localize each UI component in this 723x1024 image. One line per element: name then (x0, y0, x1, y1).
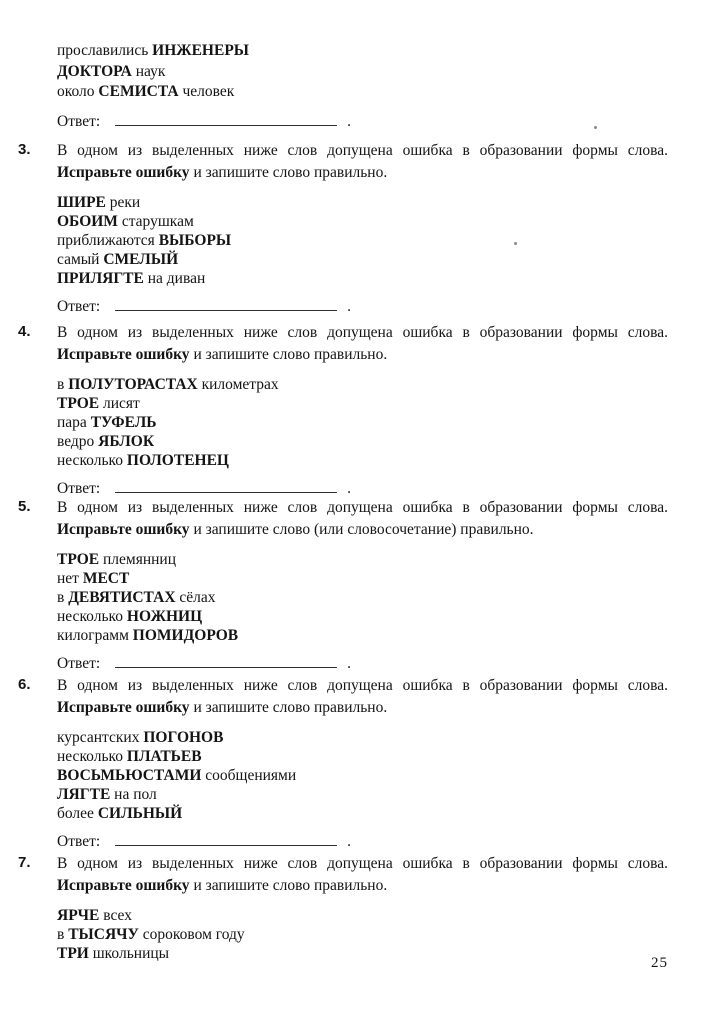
answer-blank (115, 654, 337, 668)
word-item-highlight: ТУФЕЛЬ (91, 414, 157, 431)
question-block: 5. В одном из выделенных ниже слов допущ… (57, 497, 668, 675)
word-items: курсантских ПОГОНОВнесколько ПЛАТЬЕВВОСЬ… (57, 728, 668, 823)
word-item-highlight: ПОЛУТОРАСТАХ (68, 376, 198, 393)
word-item: несколько НОЖНИЦ (57, 607, 668, 626)
word-item-pre: приближаются (57, 232, 159, 249)
answer-period: . (347, 833, 351, 850)
word-item-post: на диван (144, 270, 205, 287)
word-item-highlight: ПОГОНОВ (143, 729, 223, 746)
word-item: в ДЕВЯТИСТАХ сёлах (57, 588, 668, 607)
statement-bold-part: Исправьте ошибку (57, 877, 190, 894)
question-number: 7. (18, 854, 31, 871)
statement-bold-part: Исправьте ошибку (57, 699, 190, 716)
statement-line-2: Исправьте ошибку и запишите слово правил… (57, 344, 668, 366)
word-item-post: сёлах (176, 589, 216, 606)
statement-line-1: В одном из выделенных ниже слов допущена… (57, 322, 668, 344)
word-item-pre: пара (57, 414, 91, 431)
page-number: 25 (651, 955, 668, 972)
question-statement: В одном из выделенных ниже слов допущена… (57, 497, 668, 541)
word-item-highlight: ТРИ (57, 945, 89, 962)
statement-rest-part: и запишите слово (или словосочетание) пр… (190, 521, 534, 538)
statement-bold-part: Исправьте ошибку (57, 346, 190, 363)
document-page: прославились ИНЖЕНЕРЫДОКТОРА наукоколо С… (0, 0, 723, 1024)
word-item-pre: около (57, 83, 98, 100)
word-item-post: всех (99, 907, 132, 924)
statement-bold-part: Исправьте ошибку (57, 521, 190, 538)
word-item: в ТЫСЯЧУ сороковом году (57, 925, 668, 944)
answer-blank (115, 479, 337, 493)
word-item-highlight: МЕСТ (83, 570, 130, 587)
answer-row: Ответ:. (57, 831, 668, 853)
word-item-post: человек (179, 83, 235, 100)
word-item-post: лисят (99, 395, 140, 412)
question-statement: В одном из выделенных ниже слов допущена… (57, 322, 668, 366)
statement-rest-part: и запишите слово правильно. (190, 346, 388, 363)
word-item: ЛЯГТЕ на пол (57, 785, 668, 804)
question-number: 5. (18, 498, 31, 515)
question-statement: В одном из выделенных ниже слов допущена… (57, 140, 668, 184)
answer-period: . (347, 298, 351, 315)
answer-label: Ответ: (57, 480, 100, 497)
word-item-post: реки (106, 194, 140, 211)
word-item: несколько ПЛАТЬЕВ (57, 747, 668, 766)
word-items: ТРОЕ племянницнет МЕСТв ДЕВЯТИСТАХ сёлах… (57, 550, 668, 645)
statement-line-1: В одном из выделенных ниже слов допущена… (57, 675, 668, 697)
word-item-pre: килограмм (57, 627, 133, 644)
word-item-highlight: ПОЛОТЕНЕЦ (127, 452, 229, 469)
word-item-highlight: ПОМИДОРОВ (133, 627, 238, 644)
word-item-highlight: ЯРЧЕ (57, 907, 99, 924)
word-item-pre: нет (57, 570, 83, 587)
answer-period: . (347, 113, 351, 130)
word-item: ПРИЛЯГТЕ на диван (57, 269, 668, 288)
word-item-pre: более (57, 805, 98, 822)
word-item-post: школьницы (89, 945, 169, 962)
word-item-post: сообщениями (201, 767, 296, 784)
word-item-post: сороковом году (139, 926, 245, 943)
word-items: прославились ИНЖЕНЕРЫДОКТОРА наукоколо С… (57, 41, 668, 103)
word-item: ОБОИМ старушкам (57, 212, 668, 231)
answer-label: Ответ: (57, 113, 100, 130)
word-item-highlight: СМЕЛЫЙ (103, 251, 178, 268)
statement-line-1: В одном из выделенных ниже слов допущена… (57, 497, 668, 519)
previous-task-tail: прославились ИНЖЕНЕРЫДОКТОРА наукоколо С… (57, 41, 668, 133)
question-statement: В одном из выделенных ниже слов допущена… (57, 675, 668, 719)
word-item: самый СМЕЛЫЙ (57, 250, 668, 269)
statement-line-2: Исправьте ошибку и запишите слово (или с… (57, 519, 668, 541)
word-item: более СИЛЬНЫЙ (57, 804, 668, 823)
word-item-highlight: ИНЖЕНЕРЫ (152, 42, 249, 59)
word-item-highlight: ЯБЛОК (98, 433, 154, 450)
question-number: 3. (18, 141, 31, 158)
word-item-highlight: ПРИЛЯГТЕ (57, 270, 144, 287)
word-item: прославились ИНЖЕНЕРЫ (57, 41, 668, 62)
answer-period: . (347, 655, 351, 672)
word-item: несколько ПОЛОТЕНЕЦ (57, 451, 668, 470)
statement-rest-part: и запишите слово правильно. (190, 164, 388, 181)
statement-line-1: В одном из выделенных ниже слов допущена… (57, 140, 668, 162)
word-item-pre: несколько (57, 452, 127, 469)
word-item-highlight: ДЕВЯТИСТАХ (68, 589, 175, 606)
word-item: килограмм ПОМИДОРОВ (57, 626, 668, 645)
word-item-highlight: ОБОИМ (57, 213, 118, 230)
question-number: 6. (18, 676, 31, 693)
answer-label: Ответ: (57, 655, 100, 672)
word-items: в ПОЛУТОРАСТАХ километрахТРОЕ лисятпара … (57, 375, 668, 470)
statement-rest-part: и запишите слово правильно. (190, 877, 388, 894)
word-item-highlight: ТЫСЯЧУ (68, 926, 139, 943)
word-item-pre: самый (57, 251, 103, 268)
answer-blank (115, 112, 337, 126)
statement-line-2: Исправьте ошибку и запишите слово правил… (57, 162, 668, 184)
answer-blank (115, 832, 337, 846)
statement-line-2: Исправьте ошибку и запишите слово правил… (57, 697, 668, 719)
word-item-pre: несколько (57, 748, 127, 765)
word-item-pre: в (57, 926, 68, 943)
word-items: ЯРЧЕ всехв ТЫСЯЧУ сороковом годуТРИ школ… (57, 906, 668, 963)
word-item-post: старушкам (118, 213, 194, 230)
word-item-highlight: ПЛАТЬЕВ (127, 748, 202, 765)
question-number: 4. (18, 323, 31, 340)
question-block: 6. В одном из выделенных ниже слов допущ… (57, 675, 668, 853)
word-item-highlight: СИЛЬНЫЙ (98, 805, 182, 822)
word-item-highlight: ЛЯГТЕ (57, 786, 110, 803)
word-item-post: километрах (198, 376, 279, 393)
word-item-post: племянниц (99, 551, 176, 568)
word-item-post: наук (132, 63, 166, 80)
statement-rest-part: и запишите слово правильно. (190, 699, 388, 716)
word-item: приближаются ВЫБОРЫ (57, 231, 668, 250)
scan-speck (514, 242, 517, 245)
statement-line-2: Исправьте ошибку и запишите слово правил… (57, 875, 668, 897)
answer-row: Ответ:. (57, 111, 668, 133)
answer-row: Ответ:. (57, 653, 668, 675)
answer-label: Ответ: (57, 833, 100, 850)
word-item: ВОСЬМЬЮСТАМИ сообщениями (57, 766, 668, 785)
word-item-pre: прославились (57, 42, 152, 59)
word-item-post: на пол (110, 786, 157, 803)
word-item-highlight: ТРОЕ (57, 395, 99, 412)
answer-label: Ответ: (57, 298, 100, 315)
question-block: 7. В одном из выделенных ниже слов допущ… (57, 853, 668, 963)
word-item: пара ТУФЕЛЬ (57, 413, 668, 432)
word-item: около СЕМИСТА человек (57, 82, 668, 103)
answer-blank (115, 297, 337, 311)
word-item-pre: в (57, 376, 68, 393)
word-item: ДОКТОРА наук (57, 62, 668, 83)
word-item-highlight: ТРОЕ (57, 551, 99, 568)
word-item-pre: в (57, 589, 68, 606)
word-item: ТРИ школьницы (57, 944, 668, 963)
word-item-highlight: ВЫБОРЫ (159, 232, 231, 249)
question-block: 4. В одном из выделенных ниже слов допущ… (57, 322, 668, 500)
answer-period: . (347, 480, 351, 497)
word-item-highlight: ДОКТОРА (57, 63, 132, 80)
word-item: ТРОЕ племянниц (57, 550, 668, 569)
word-item: ведро ЯБЛОК (57, 432, 668, 451)
question-statement: В одном из выделенных ниже слов допущена… (57, 853, 668, 897)
word-item: в ПОЛУТОРАСТАХ километрах (57, 375, 668, 394)
word-item-pre: несколько (57, 608, 127, 625)
word-item-pre: ведро (57, 433, 98, 450)
word-item: нет МЕСТ (57, 569, 668, 588)
word-item: курсантских ПОГОНОВ (57, 728, 668, 747)
word-item-highlight: СЕМИСТА (98, 83, 178, 100)
word-item-highlight: НОЖНИЦ (127, 608, 202, 625)
answer-row: Ответ:. (57, 296, 668, 318)
question-block: 3. В одном из выделенных ниже слов допущ… (57, 140, 668, 318)
word-item-pre: курсантских (57, 729, 143, 746)
word-item: ШИРЕ реки (57, 193, 668, 212)
statement-line-1: В одном из выделенных ниже слов допущена… (57, 853, 668, 875)
statement-bold-part: Исправьте ошибку (57, 164, 190, 181)
word-item: ТРОЕ лисят (57, 394, 668, 413)
word-item: ЯРЧЕ всех (57, 906, 668, 925)
word-item-highlight: ВОСЬМЬЮСТАМИ (57, 767, 201, 784)
word-items: ШИРЕ рекиОБОИМ старушкамприближаются ВЫБ… (57, 193, 668, 288)
word-item-highlight: ШИРЕ (57, 194, 106, 211)
scan-speck (594, 126, 597, 129)
